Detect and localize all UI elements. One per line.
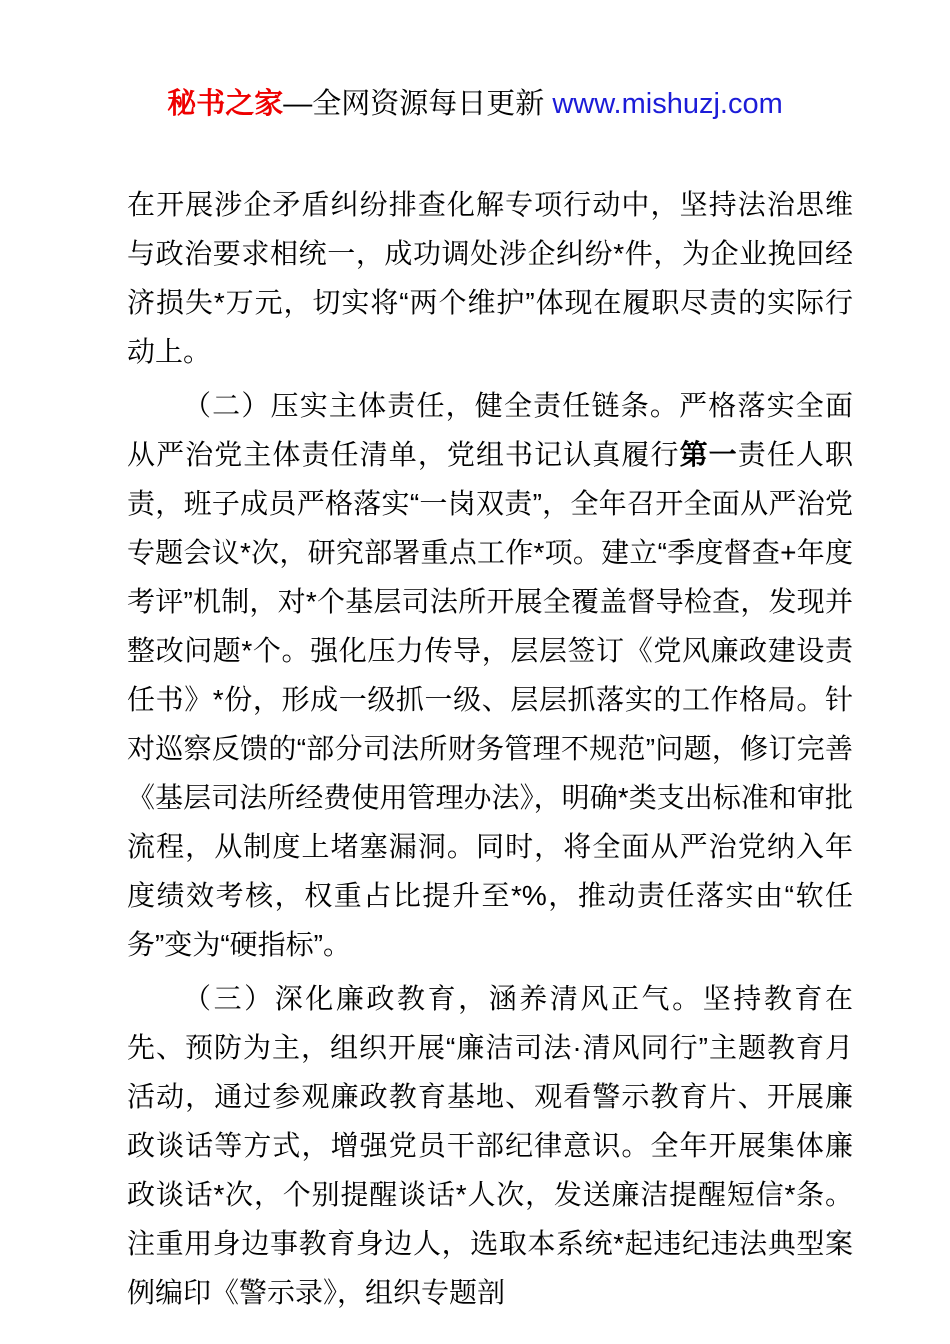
paragraph: （三）深化廉政教育，涵养清风正气。坚持教育在先、预防为主，组织开展“廉洁司法·清… xyxy=(127,974,853,1317)
document-page: 秘书之家—全网资源每日更新 www.mishuzj.com 在开展涉企矛盾纠纷排… xyxy=(0,0,950,1344)
site-name: 秘书之家 xyxy=(167,88,283,120)
text-run: （三）深化廉政教育，涵养清风正气。坚持教育在先、预防为主，组织开展“廉洁司法·清… xyxy=(127,983,853,1308)
bold-text-run: 第一 xyxy=(680,439,738,470)
text-run: 在开展涉企矛盾纠纷排查化解专项行动中，坚持法治思维与政治要求相统一，成功调处涉企… xyxy=(127,189,853,367)
paragraph: （二）压实主体责任，健全责任链条。严格落实全面从严治党主体责任清单，党组书记认真… xyxy=(127,381,853,969)
text-run: 责任人职责，班子成员严格落实“一岗双责”，全年召开全面从严治党专题会议*次，研究… xyxy=(127,439,853,960)
site-header: 秘书之家—全网资源每日更新 www.mishuzj.com xyxy=(0,84,950,124)
document-body: 在开展涉企矛盾纠纷排查化解专项行动中，坚持法治思维与政治要求相统一，成功调处涉企… xyxy=(127,180,853,1317)
site-tagline: —全网资源每日更新 xyxy=(283,88,552,120)
paragraph: 在开展涉企矛盾纠纷排查化解专项行动中，坚持法治思维与政治要求相统一，成功调处涉企… xyxy=(127,180,853,376)
site-url-link[interactable]: www.mishuzj.com xyxy=(552,88,782,120)
